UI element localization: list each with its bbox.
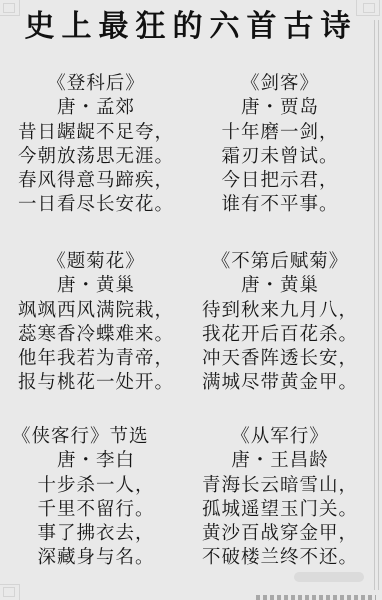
- poem-line: 黄沙百战穿金甲，: [190, 522, 370, 546]
- poem-title: 《不第后赋菊》: [190, 250, 370, 274]
- poem-title: 《题菊花》: [6, 250, 186, 274]
- poem-line: 报与桃花一处开。: [6, 371, 186, 395]
- poem-line: 一日看尽长安花。: [6, 193, 186, 217]
- poem-line: 谁有不平事。: [190, 193, 370, 217]
- poem-line: 今朝放荡思无涯。: [6, 145, 186, 169]
- poem-line: 霜刃未曾试。: [190, 145, 370, 169]
- poem-author: 唐・王昌龄: [190, 449, 370, 473]
- poem-line: 千里不留行。: [6, 498, 186, 522]
- poem-line: 我花开后百花杀。: [190, 323, 370, 347]
- poem-title: 《剑客》: [190, 72, 370, 96]
- poem-title: 《从军行》: [190, 425, 370, 449]
- poem-line: 今日把示君，: [190, 169, 370, 193]
- poem-line: 十年磨一剑，: [190, 121, 370, 145]
- poem-line: 他年我若为青帝，: [6, 347, 186, 371]
- poem-line: 十步杀一人，: [6, 474, 186, 498]
- poem-title: 《侠客行》节选: [6, 425, 186, 449]
- poem-line: 青海长云暗雪山，: [190, 474, 370, 498]
- poem-line: 飒飒西风满院栽，: [6, 299, 186, 323]
- poem-deng-ke-hou: 《登科后》 唐・孟郊 昔日龌龊不足夸， 今朝放荡思无涯。 春风得意马蹄疾， 一日…: [6, 72, 186, 218]
- poem-jian-ke: 《剑客》 唐・贾岛 十年磨一剑， 霜刃未曾试。 今日把示君， 谁有不平事。: [190, 72, 370, 218]
- poem-line: 昔日龌龊不足夸，: [6, 121, 186, 145]
- poem-line: 待到秋来九月八，: [190, 299, 370, 323]
- poem-author: 唐・孟郊: [6, 96, 186, 120]
- poem-line: 不破楼兰终不还。: [190, 546, 370, 570]
- poem-line: 冲天香阵透长安，: [190, 347, 370, 371]
- poem-cong-jun-xing: 《从军行》 唐・王昌龄 青海长云暗雪山， 孤城遥望玉门关。 黄沙百战穿金甲， 不…: [190, 425, 370, 571]
- corner-ornament-bottom-left: [0, 584, 20, 600]
- poem-author: 唐・贾岛: [190, 96, 370, 120]
- poem-title: 《登科后》: [6, 72, 186, 96]
- watermark: [294, 572, 364, 582]
- poem-line: 事了拂衣去，: [6, 522, 186, 546]
- poem-line: 深藏身与名。: [6, 546, 186, 570]
- poem-author: 唐・李白: [6, 449, 186, 473]
- poem-xia-ke-xing: 《侠客行》节选 唐・李白 十步杀一人， 千里不留行。 事了拂衣去， 深藏身与名。: [6, 425, 186, 571]
- right-border-rule: [374, 20, 379, 590]
- page-title: 史上最狂的六首古诗: [0, 7, 382, 47]
- poem-author: 唐・黄巢: [190, 274, 370, 298]
- poem-line: 满城尽带黄金甲。: [190, 371, 370, 395]
- poem-line: 孤城遥望玉门关。: [190, 498, 370, 522]
- poem-ti-ju-hua: 《题菊花》 唐・黄巢 飒飒西风满院栽， 蕊寒香冷蝶难来。 他年我若为青帝， 报与…: [6, 250, 186, 396]
- bottom-caption-strip: [256, 595, 376, 600]
- poem-author: 唐・黄巢: [6, 274, 186, 298]
- poem-bu-di-hou-fu-ju: 《不第后赋菊》 唐・黄巢 待到秋来九月八， 我花开后百花杀。 冲天香阵透长安， …: [190, 250, 370, 396]
- poem-line: 春风得意马蹄疾，: [6, 169, 186, 193]
- poem-line: 蕊寒香冷蝶难来。: [6, 323, 186, 347]
